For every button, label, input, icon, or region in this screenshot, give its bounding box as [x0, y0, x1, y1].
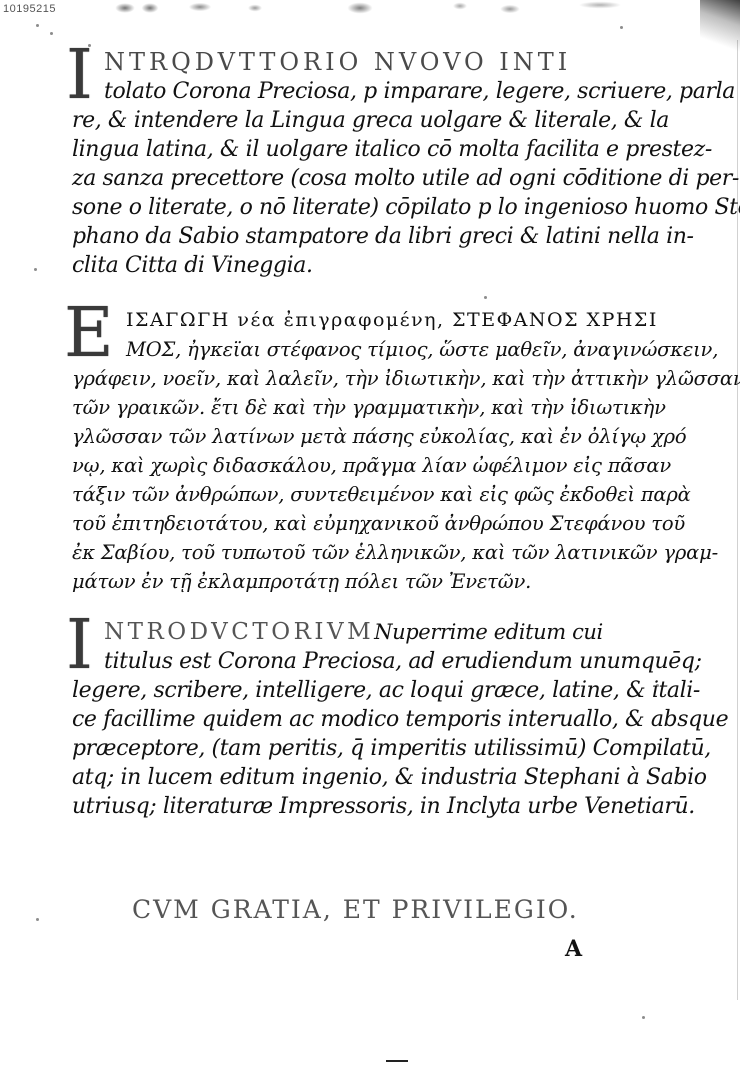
latin-line: præceptore, (tam peritis, q̄ imperitis u…: [72, 734, 672, 763]
signature-mark: A: [565, 936, 582, 962]
italian-line: phano da Sabio stampatore da libri greci…: [72, 222, 672, 251]
greek-line: τάξιν τῶν ἀνθρώπων, συντεθειμένον καὶ εἰ…: [72, 480, 672, 509]
bottom-edge-mark: [386, 1060, 408, 1062]
latin-heading-tail: Nuperrime editum cui: [374, 620, 603, 644]
greek-heading: ΙΣΑΓΩΓΗ νέα ἐπιγραφομένη, ΣΤΕΦΑΝΟΣ ΧΡΗΣΙ: [72, 306, 672, 335]
latin-line: atq; in lucem editum ingenio, & industri…: [72, 763, 672, 792]
italian-line: za sanza precettore (cosa molto utile ad…: [72, 164, 672, 193]
italian-line: sone o literate, o nō literate) cōpilato…: [72, 193, 672, 222]
title-page: I NTRQDVTTORIO NVOVO INTI tolato Corona …: [72, 48, 672, 821]
greek-title-block: E ΙΣΑΓΩΓΗ νέα ἐπιγραφομένη, ΣΤΕΦΑΝΟΣ ΧΡΗ…: [72, 306, 672, 596]
italian-line: lingua latina, & il uolgare italico cō m…: [72, 135, 672, 164]
greek-line: τῶν γραικῶν. ἔτι δὲ καὶ τὴν γραμματικὴν,…: [72, 393, 672, 422]
ink-speck: [620, 26, 623, 29]
corner-shadow: [700, 0, 740, 60]
ink-speck: [34, 268, 37, 271]
ink-speck: [50, 32, 53, 35]
ink-speck: [642, 1016, 645, 1019]
privilege-line: CVM GRATIA, ET PRIVILEGIO.: [132, 895, 579, 924]
latin-line: legere, scribere, intelligere, ac loqui …: [72, 676, 672, 705]
latin-heading-caps: NTRODVCTORIVM: [104, 619, 374, 645]
top-edge-smudge: [40, 0, 740, 22]
latin-title-block: I NTRODVCTORIVMNuperrime editum cui titu…: [72, 618, 672, 821]
ink-speck: [36, 918, 39, 921]
greek-line: γλῶσσαν τῶν λατίνων μετὰ πάσης εὐκολίας,…: [72, 422, 672, 451]
greek-line: γράφειν, νοεῖν, καὶ λαλεῖν, τὴν ἰδιωτικὴ…: [72, 364, 672, 393]
greek-line: ΜΟΣ, ἠγκεϊαι στέφανος τίμιος, ὥστε μαθεῖ…: [72, 335, 672, 364]
italian-line: tolato Corona Preciosa, p imparare, lege…: [72, 77, 672, 106]
latin-heading: NTRODVCTORIVMNuperrime editum cui: [72, 618, 672, 647]
italian-line: re, & intendere la Lingua greca uolgare …: [72, 106, 672, 135]
latin-line: utriusq; literaturæ Impressoris, in Incl…: [72, 792, 672, 821]
dropcap-i: I: [66, 616, 93, 676]
greek-line: ἐκ Σαβίου, τοῦ τυπωτοῦ τῶν ἑλληνικῶν, κα…: [72, 538, 672, 567]
ink-speck: [36, 24, 39, 27]
latin-line: titulus est Corona Preciosa, ad erudiend…: [72, 647, 672, 676]
dropcap-e: E: [64, 304, 114, 364]
italian-line: clita Citta di Vineggia.: [72, 251, 672, 280]
greek-line: νῳ, καὶ χωρὶς διδασκάλου, πρᾶγμα λίαν ὠφ…: [72, 451, 672, 480]
greek-line: τοῦ ἐπιτηδειοτάτου, καὶ εὐμηχανικοῦ ἀνθρ…: [72, 509, 672, 538]
dropcap-i: I: [66, 46, 93, 106]
latin-line: ce facillime quidem ac modico temporis i…: [72, 705, 672, 734]
italian-heading: NTRQDVTTORIO NVOVO INTI: [72, 48, 672, 77]
greek-line: μάτων ἐν τῇ ἐκλαμπροτάτῃ πόλει τῶν Ἐνετῶ…: [72, 567, 672, 596]
italian-title-block: I NTRQDVTTORIO NVOVO INTI tolato Corona …: [72, 48, 672, 280]
